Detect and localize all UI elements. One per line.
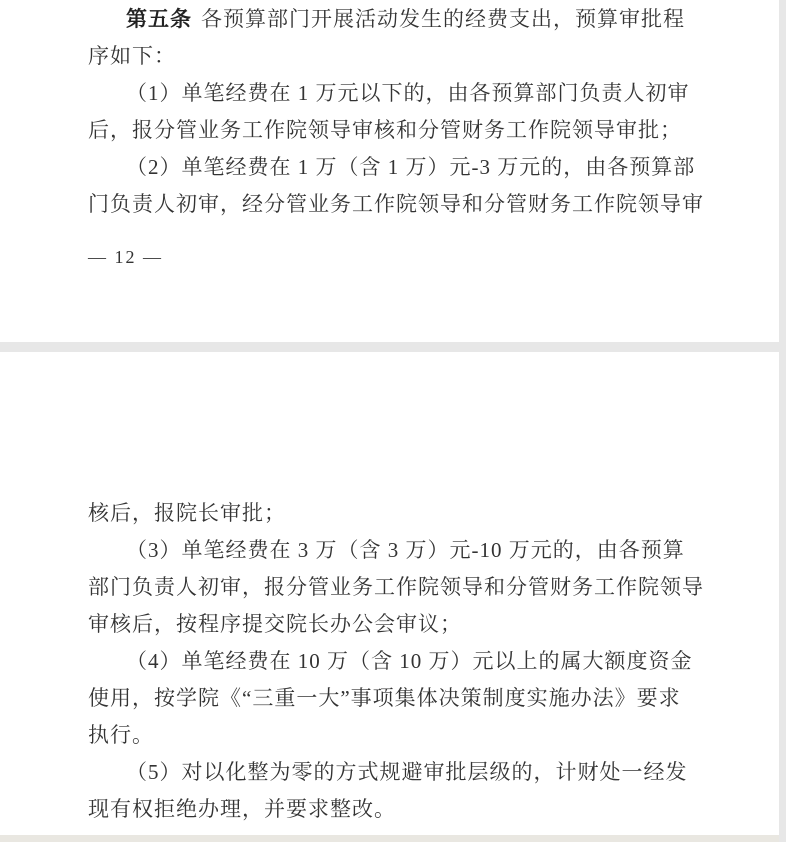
text-line: 第五条各预算部门开展活动发生的经费支出，预算审批程 <box>88 1 713 38</box>
clause-heading: 第五条 <box>126 7 192 31</box>
next-page-edge <box>0 835 786 842</box>
text-line: （4）单笔经费在 10 万（含 10 万）元以上的属大额度资金 <box>88 643 713 680</box>
page2-text-block: 核后，报院长审批； （3）单笔经费在 3 万（含 3 万）元-10 万元的，由各… <box>88 495 713 828</box>
text-line: 执行。 <box>88 717 713 754</box>
line-text: 各预算部门开展活动发生的经费支出，预算审批程 <box>201 7 685 31</box>
text-line: 现有权拒绝办理，并要求整改。 <box>88 791 713 828</box>
text-line: 门负责人初审，经分管业务工作院领导和分管财务工作院领导审 <box>88 186 713 223</box>
text-line: 核后，报院长审批； <box>88 495 713 532</box>
page-number: — 12 — <box>88 245 163 269</box>
document-page-2: 核后，报院长审批； （3）单笔经费在 3 万（含 3 万）元-10 万元的，由各… <box>0 352 779 835</box>
text-line: 部门负责人初审，报分管业务工作院领导和分管财务工作院领导 <box>88 569 713 606</box>
document-viewer: 第五条各预算部门开展活动发生的经费支出，预算审批程 序如下： （1）单笔经费在 … <box>0 0 786 842</box>
text-line: 序如下： <box>88 38 713 75</box>
text-line: （5）对以化整为零的方式规避审批层级的，计财处一经发 <box>88 754 713 791</box>
text-line: 审核后，按程序提交院长办公会审议； <box>88 606 713 643</box>
document-page-1: 第五条各预算部门开展活动发生的经费支出，预算审批程 序如下： （1）单笔经费在 … <box>0 0 779 342</box>
text-line: （2）单笔经费在 1 万（含 1 万）元-3 万元的，由各预算部 <box>88 149 713 186</box>
text-line: 使用，按学院《“三重一大”事项集体决策制度实施办法》要求 <box>88 680 713 717</box>
text-line: （1）单笔经费在 1 万元以下的，由各预算部门负责人初审 <box>88 75 713 112</box>
page1-text-block: 第五条各预算部门开展活动发生的经费支出，预算审批程 序如下： （1）单笔经费在 … <box>88 1 713 223</box>
text-line: 后，报分管业务工作院领导审核和分管财务工作院领导审批； <box>88 112 713 149</box>
text-line: （3）单笔经费在 3 万（含 3 万）元-10 万元的，由各预算 <box>88 532 713 569</box>
page-gutter <box>0 342 786 352</box>
viewer-background-strip <box>779 0 786 842</box>
